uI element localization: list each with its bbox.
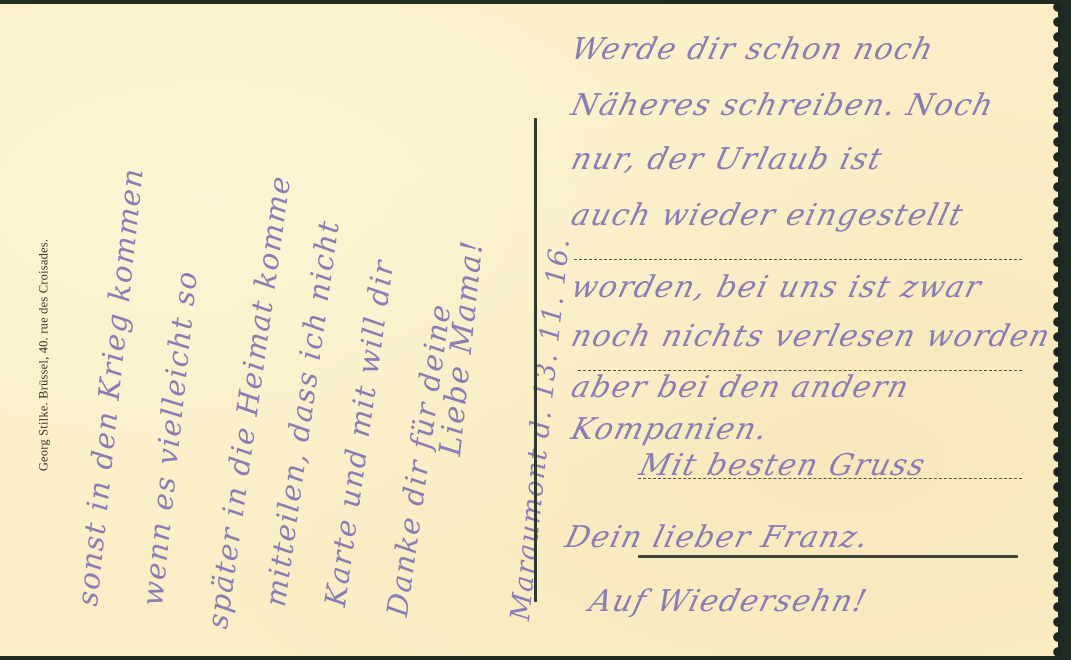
- handwritten-line: Näheres schreiben. Noch: [568, 88, 998, 123]
- farewell: Auf Wiedersehn!: [586, 584, 872, 619]
- handwritten-line: auch wieder eingestellt: [568, 198, 968, 233]
- handwritten-line: aber bei den andern: [568, 370, 914, 405]
- publisher-imprint: Georg Stilke. Brüssel, 40. rue des Crois…: [37, 239, 52, 471]
- signature: Dein lieber Franz.: [562, 520, 873, 555]
- handwritten-line: Werde dir schon noch: [568, 32, 938, 67]
- address-line-4: [638, 555, 1018, 558]
- perforated-edge: [1050, 0, 1066, 660]
- handwritten-line: worden, bei uns ist zwar: [568, 270, 986, 305]
- handwritten-column-1: sonst in den Krieg kommen: [70, 166, 150, 608]
- postcard-back: Georg Stilke. Brüssel, 40. rue des Crois…: [0, 4, 1058, 656]
- handwritten-column-2: wenn es vielleicht so: [135, 269, 204, 608]
- dateline: Maraumont d. 13. 11. 16.: [505, 236, 576, 622]
- center-divider: [534, 118, 537, 602]
- closing-greeting: Mit besten Gruss: [636, 448, 930, 483]
- address-line-1: [574, 259, 1022, 260]
- handwritten-line: Kompanien.: [568, 412, 772, 447]
- handwritten-line: nur, der Urlaub ist: [568, 142, 887, 177]
- handwritten-line: noch nichts verlesen worden: [568, 319, 1055, 354]
